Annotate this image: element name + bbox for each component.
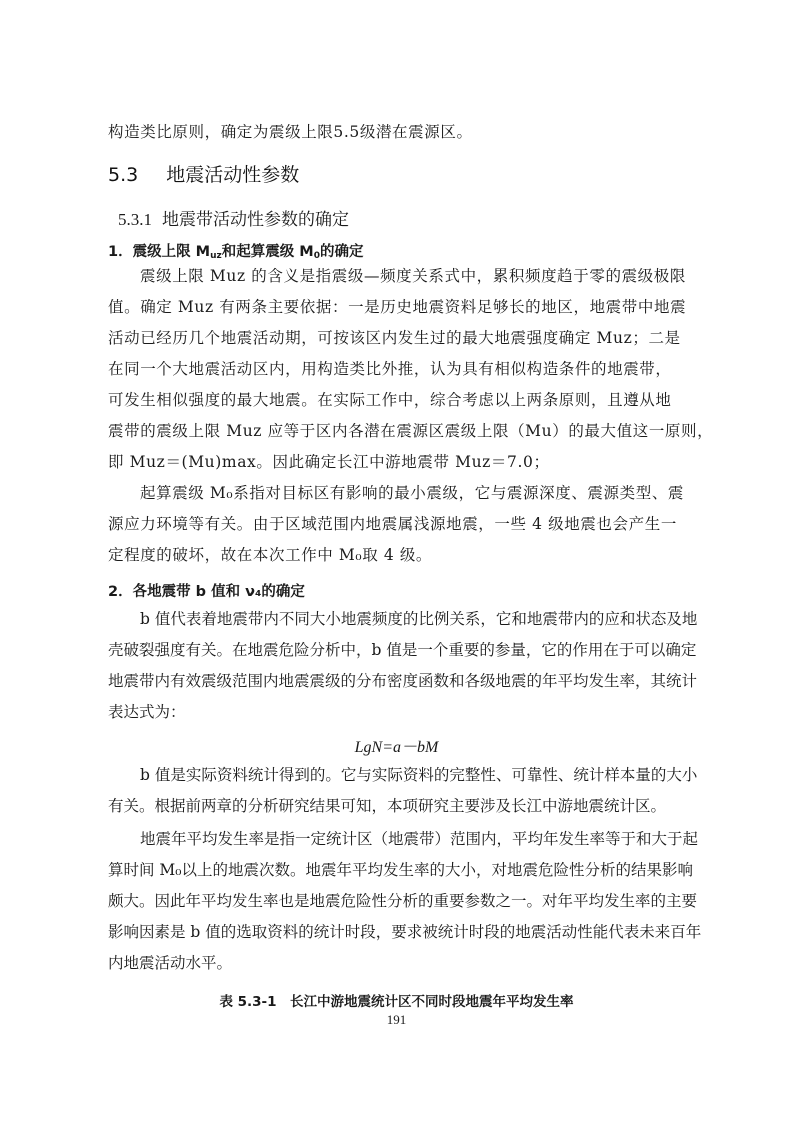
paragraph-line: 震带的震级上限 Muz 应等于区内各潜在震源区震级上限（Mu）的最大值这一原则， [108, 421, 698, 441]
paragraph-line: 算时间 M₀以上的地震次数。地震年平均发生率的大小，对地震危险性分析的结果影响 [108, 860, 698, 880]
formula: LgN=a－bM [0, 734, 793, 757]
paragraph-line: 震级上限 Muz 的含义是指震级—频度关系式中，累积频度趋于零的震级极限 [140, 266, 730, 286]
section-heading: 5.3地震活动性参数 [108, 160, 299, 187]
subsection-title: 地震带活动性参数的确定 [162, 210, 349, 230]
paragraph-line: 值。确定 Muz 有两条主要依据：一是历史地震资料足够长的地区，地震带中地震 [108, 297, 698, 317]
continuation-text: 构造类比原则，确定为震级上限5.5级潜在震源区。 [108, 122, 698, 142]
paragraph-line: 即 Muz＝(Mu)max。因此确定长江中游地震带 Muz＝7.0； [108, 452, 698, 472]
paragraph-line: 地震带内有效震级范围内地震震级的分布密度函数和各级地震的年平均发生率，其统计 [108, 671, 698, 691]
paragraph-line: 颇大。因此年平均发生率也是地震危险性分析的重要参数之一。对年平均发生率的主要 [108, 891, 698, 911]
paragraph-line: 可发生相似强度的最大地震。在实际工作中，综合考虑以上两条原则，且遵从地 [108, 390, 698, 410]
item1-heading-sub-uz: uz [210, 251, 222, 261]
paragraph-line: 有关。根据前两章的分析研究结果可知，本项研究主要涉及长江中游地震统计区。 [108, 796, 698, 816]
paragraph-line: 地震年平均发生率是指一定统计区（地震带）范围内，平均年发生率等于和大于起 [140, 829, 730, 849]
paragraph-line: 源应力环境等有关。由于区域范围内地震属浅源地震，一些 4 级地震也会产生一 [108, 514, 698, 534]
paragraph-line: 活动已经历几个地震活动期，可按该区内发生过的最大地震强度确定 Muz；二是 [108, 328, 698, 348]
paragraph-line: 起算震级 M₀系指对目标区有影响的最小震级，它与震源深度、震源类型、震 [140, 483, 730, 503]
subsection-number: 5.3.1 [118, 210, 152, 229]
item1-heading-prefix: 1．震级上限 M [108, 244, 210, 260]
page-number: 191 [0, 1012, 793, 1028]
paragraph-line: 定程度的破坏，故在本次工作中 M₀取 4 级。 [108, 545, 698, 565]
paragraph-line: 壳破裂强度有关。在地震危险分析中，b 值是一个重要的参量，它的作用在于可以确定 [108, 640, 698, 660]
item1-heading-mid: 和起算震级 M [222, 244, 314, 260]
subsection-heading: 5.3.1地震带活动性参数的确定 [118, 205, 349, 230]
item2-heading: 2．各地震带 b 值和 ν₄的确定 [108, 580, 305, 601]
paragraph-line: b 值代表着地震带内不同大小地震频度的比例关系，它和地震带内的应和状态及地 [140, 609, 730, 629]
item1-heading-suffix: 的确定 [320, 244, 364, 260]
paragraph-line: b 值是实际资料统计得到的。它与实际资料的完整性、可靠性、统计样本量的大小 [140, 765, 730, 785]
document-page: 构造类比原则，确定为震级上限5.5级潜在震源区。 5.3地震活动性参数 5.3.… [0, 0, 793, 1122]
table-caption: 表 5.3-1 长江中游地震统计区不同时段地震年平均发生率 [0, 990, 793, 1010]
paragraph-line: 内地震活动水平。 [108, 953, 698, 973]
section-title: 地震活动性参数 [166, 164, 299, 186]
paragraph-line: 影响因素是 b 值的选取资料的统计时段，要求被统计时段的地震活动性能代表未来百年 [108, 922, 698, 942]
section-number: 5.3 [108, 164, 138, 186]
paragraph-line: 表达式为： [108, 702, 698, 722]
paragraph-line: 在同一个大地震活动区内，用构造类比外推，认为具有相似构造条件的地震带， [108, 359, 698, 379]
item1-heading: 1．震级上限 Muz和起算震级 M0的确定 [108, 240, 363, 261]
